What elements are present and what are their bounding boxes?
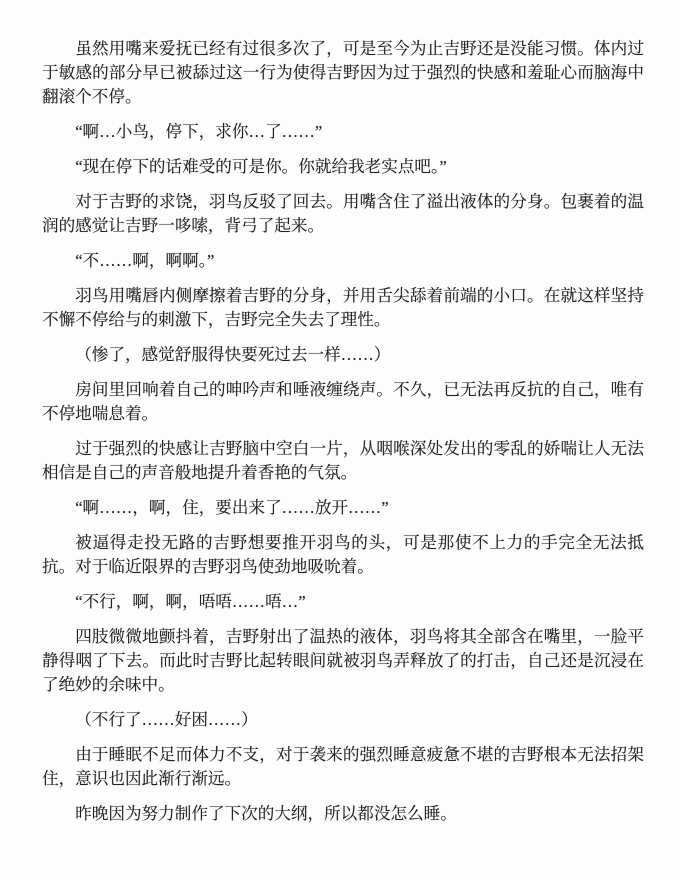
- paragraph-dialogue: “啊…小鸟，停下，求你…了……”: [42, 120, 644, 144]
- paragraph-dialogue: “不……啊，啊啊。”: [42, 249, 644, 273]
- paragraph-narration: 被逼得走投无路的吉野想要推开羽鸟的头，可是那使不上力的手完全无法抵抗。对于临近限…: [42, 531, 644, 579]
- paragraph-narration: 房间里回响着自己的呻吟声和唾液缠绕声。不久，已无法再反抗的自己，唯有不停地喘息着…: [42, 378, 644, 426]
- paragraph-narration: 过于强烈的快感让吉野脑中空白一片，从咽喉深处发出的零乱的娇喘让人无法相信是自己的…: [42, 437, 644, 485]
- paragraph-narration: 四肢微微地颤抖着，吉野射出了温热的液体，羽鸟将其全部含在嘴里，一脸平静得咽了下去…: [42, 625, 644, 697]
- paragraph-thought: （不行了……好困……）: [42, 708, 644, 732]
- paragraph-narration: 羽鸟用嘴唇内侧摩擦着吉野的分身，并用舌尖舔着前端的小口。在就这样坚持不懈不停给与…: [42, 284, 644, 332]
- paragraph-thought: （惨了，感觉舒服得快要死过去一样……）: [42, 343, 644, 367]
- paragraph-dialogue: “啊……，啊，住，要出来了……放开……”: [42, 496, 644, 520]
- paragraph-narration: 虽然用嘴来爱抚已经有过很多次了，可是至今为止吉野还是没能习惯。体内过于敏感的部分…: [42, 37, 644, 109]
- paragraph-narration: 昨晚因为努力制作了下次的大纲，所以都没怎么睡。: [42, 802, 644, 826]
- paragraph-narration: 由于睡眠不足而体力不支，对于袭来的强烈睡意疲惫不堪的吉野根本无法招架住，意识也因…: [42, 743, 644, 791]
- paragraph-dialogue: “现在停下的话难受的可是你。你就给我老实点吧。”: [42, 155, 644, 179]
- paragraph-narration: 对于吉野的求饶，羽鸟反驳了回去。用嘴含住了溢出液体的分身。包裹着的温润的感觉让吉…: [42, 190, 644, 238]
- document-page: 虽然用嘴来爱抚已经有过很多次了，可是至今为止吉野还是没能习惯。体内过于敏感的部分…: [0, 0, 680, 880]
- paragraph-dialogue: “不行，啊，啊，唔唔……唔…”: [42, 590, 644, 614]
